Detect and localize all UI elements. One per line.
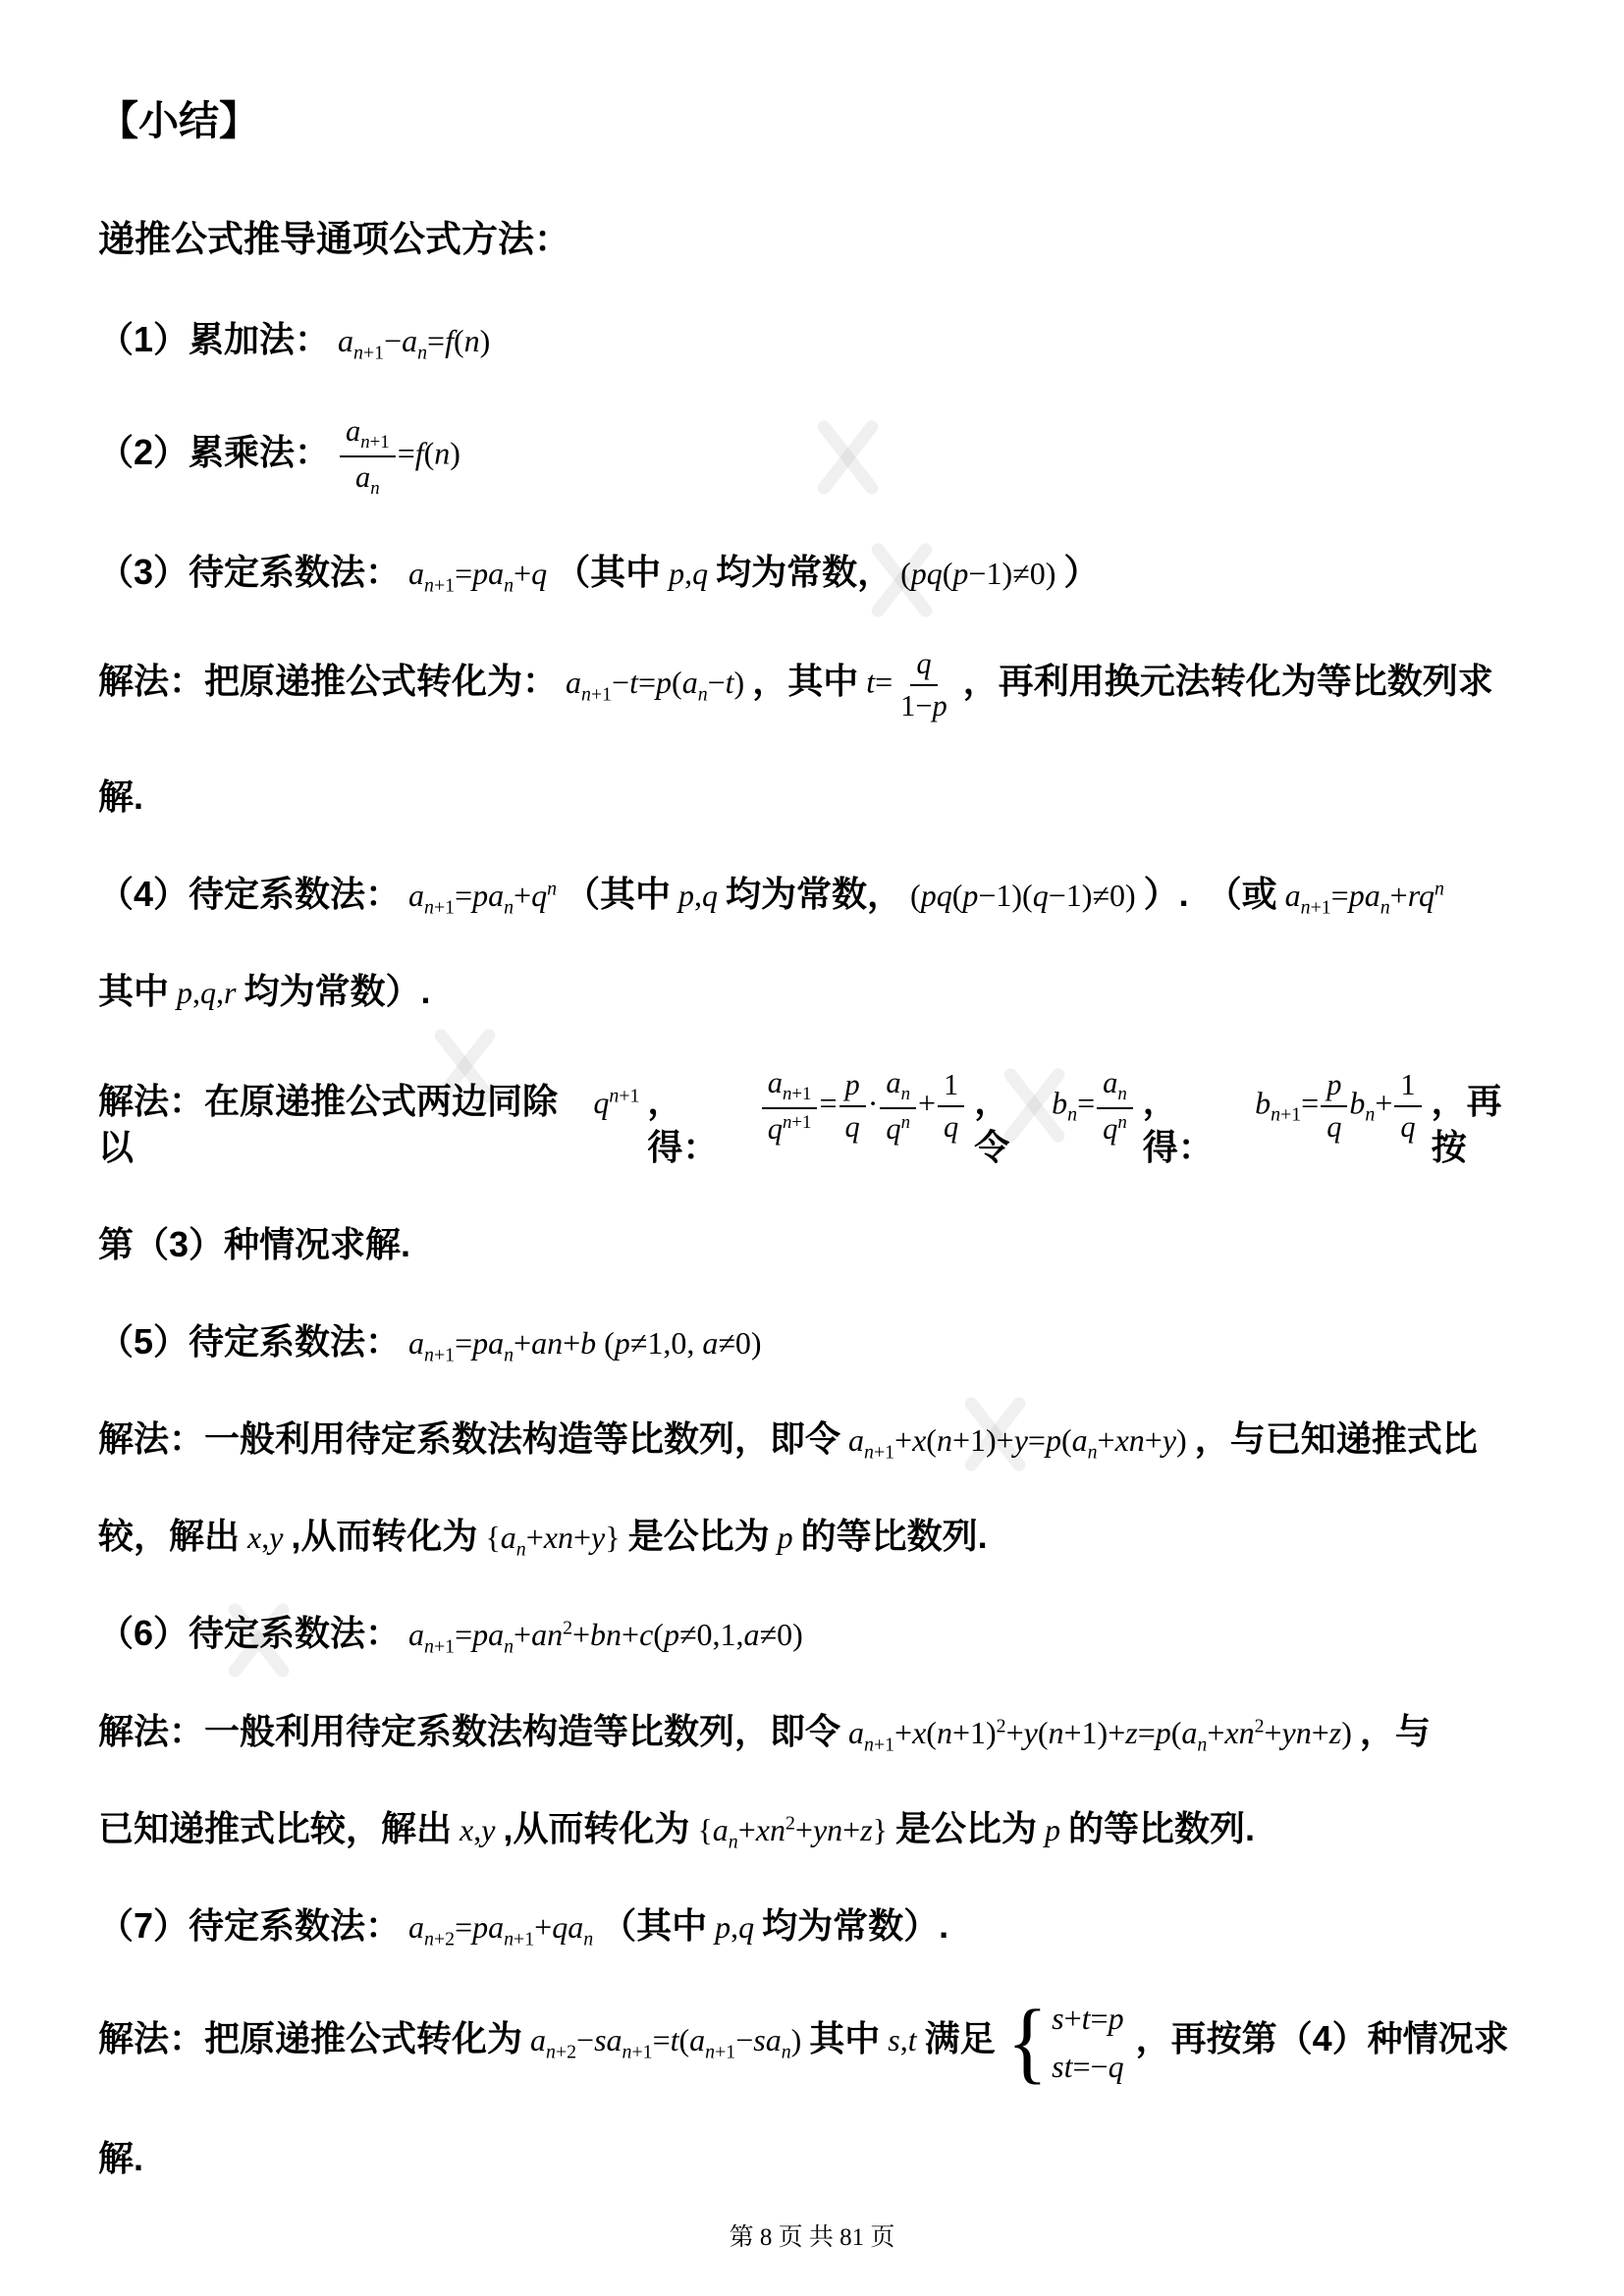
text-run: ，得： <box>647 1079 751 1171</box>
text-run: （其中 <box>601 1903 707 1949</box>
text-run: （3）待定系数法： <box>98 550 401 596</box>
math-formula: bn=anqn <box>1044 1066 1143 1147</box>
text-run: （2）累乘法： <box>98 430 330 476</box>
math-formula: an+1=pan+q <box>401 556 555 596</box>
text-run: ,从而转化为 <box>503 1806 689 1852</box>
method-3-undetermined-coefficients: （3）待定系数法：an+1=pan+q（其中p,q均为常数，(pq(p−1)≠0… <box>98 550 1536 596</box>
text-run: 均为常数， <box>726 872 902 918</box>
text-run: 均为常数， <box>716 550 893 596</box>
method-5-undetermined-coefficients: （5）待定系数法：an+1=pan+an+b (p≠1,0, a≠0) <box>98 1319 1536 1365</box>
left-brace-icon: { <box>1007 2002 1048 2084</box>
math-formula: x,y <box>452 1812 503 1848</box>
text-run: （1）累加法： <box>98 317 330 363</box>
text-run: ，其中 <box>752 659 858 705</box>
section-title: 【小结】 <box>98 88 1536 146</box>
method-6-undetermined-coefficients: （6）待定系数法：an+1=pan+an2+bn+c(p≠0,1,a≠0) <box>98 1611 1536 1657</box>
text-run: 第（3）种情况求解. <box>98 1222 410 1268</box>
text-run: ，再按 <box>1432 1079 1536 1171</box>
text-run: （6）待定系数法： <box>98 1611 401 1657</box>
method-5-solution: 解法：一般利用待定系数法构造等比数列，即令an+1+x(n+1)+y=p(an+… <box>98 1416 1536 1463</box>
text-run: ，再按第（4）种情况求 <box>1136 2016 1509 2062</box>
math-formula: an+1−an=f(n) <box>330 323 498 363</box>
math-formula: t=q1−p <box>858 647 962 723</box>
text-run: 解法：把原递推公式转化为： <box>98 659 558 705</box>
text-run: 的等比数列. <box>1068 1806 1255 1852</box>
math-formula: an+1−t=p(an−t) <box>558 665 752 705</box>
document-content: 【小结】 递推公式推导通项公式方法： （1）累加法：an+1−an=f(n)（2… <box>98 88 1536 2233</box>
text-run: 解. <box>98 2136 143 2182</box>
math-formula: (pq(p−1)≠0) <box>893 556 1063 592</box>
fraction: 1q <box>938 1068 964 1145</box>
math-formula: an+1qn+1=pq·anqn+1q <box>752 1066 974 1147</box>
math-formula: p,q <box>671 878 726 914</box>
method-4-solution: 解法：在原递推公式两边同除以qn+1，得：an+1qn+1=pq·anqn+1q… <box>98 1066 1536 1171</box>
math-formula: an+1an=f(n) <box>330 414 468 499</box>
method-7-solution: 解法：把原递推公式转化为an+2−san+1=t(an+1−san)其中s,t满… <box>98 2001 1536 2085</box>
fraction: q1−p <box>894 647 953 723</box>
math-formula: an+1+x(n+1)2+y(n+1)+z=p(an+xn2+yn+z) <box>840 1715 1360 1755</box>
method-6-solution: 解法：一般利用待定系数法构造等比数列，即令an+1+x(n+1)2+y(n+1)… <box>98 1709 1536 1755</box>
page-footer: 第 8 页 共 81 页 <box>0 2217 1624 2253</box>
text-run: 解法：一般利用待定系数法构造等比数列，即令 <box>98 1416 840 1463</box>
text-run: 满足 <box>925 2016 996 2062</box>
text-run: （其中 <box>555 550 661 596</box>
text-run: ，令 <box>974 1079 1044 1171</box>
text-run: （其中 <box>565 872 671 918</box>
math-formula: {an+xn2+yn+z} <box>689 1812 895 1852</box>
text-run: 均为常数）. <box>244 969 430 1015</box>
math-formula: an+1=pan+an2+bn+c(p≠0,1,a≠0) <box>401 1617 811 1657</box>
fraction: an+1an <box>340 414 396 499</box>
math-formula: an+1=pan+rqn <box>1277 878 1452 918</box>
text-run: ，与已知递推式比 <box>1195 1416 1478 1463</box>
math-formula: p,q <box>661 556 716 592</box>
content-lines: （1）累加法：an+1−an=f(n)（2）累乘法：an+1an=f(n)（3）… <box>98 317 1536 2182</box>
math-formula: s,t <box>880 2022 924 2058</box>
math-formula: p,q,r <box>169 975 244 1011</box>
math-formula: (pq(p−1)(q−1)≠0) <box>902 878 1144 914</box>
math-formula: an+2−san+1=t(an+1−san) <box>522 2022 809 2062</box>
math-formula: {an+xn+y} <box>477 1520 627 1560</box>
text-run: 均为常数）. <box>762 1903 948 1949</box>
fraction: pq <box>839 1068 866 1145</box>
fraction: anqn <box>1097 1066 1133 1147</box>
equation-system: {s+t=pst=−q <box>1007 2001 1124 2085</box>
document-page: 【小结】 递推公式推导通项公式方法： （1）累加法：an+1−an=f(n)（2… <box>0 0 1624 2296</box>
text-run: 较，解出 <box>98 1514 240 1560</box>
text-run: （5）待定系数法： <box>98 1319 401 1365</box>
text-run: 其中 <box>809 2016 880 2062</box>
text-run: ）. （或 <box>1144 872 1277 918</box>
method-7-undetermined-coefficients: （7）待定系数法：an+2=pan+1+qan（其中p,q均为常数）. <box>98 1903 1536 1949</box>
text-run: 的等比数列. <box>801 1514 988 1560</box>
method-3-solution: 解法：把原递推公式转化为：an+1−t=p(an−t)，其中t=q1−p，再利用… <box>98 647 1536 723</box>
math-formula: bn+1=pqbn+1q <box>1247 1068 1431 1145</box>
text-run: 是公比为 <box>628 1514 770 1560</box>
math-formula: p,q <box>707 1909 762 1946</box>
math-formula: qn+1 <box>585 1085 647 1121</box>
intro-line: 递推公式推导通项公式方法： <box>98 209 1536 262</box>
math-formula: an+1=pan+qn <box>401 878 565 918</box>
fraction: pq <box>1321 1068 1347 1145</box>
math-formula: p <box>1037 1812 1068 1848</box>
text-run: ，再利用换元法转化为等比数列求 <box>963 659 1493 705</box>
method-4-undetermined-coefficients: （4）待定系数法：an+1=pan+qn（其中p,q均为常数，(pq(p−1)(… <box>98 872 1536 918</box>
text-run: 解法：把原递推公式转化为 <box>98 2016 522 2062</box>
text-run: （4）待定系数法： <box>98 872 401 918</box>
method-6-solution-cont: 已知递推式比较，解出x,y,从而转化为{an+xn2+yn+z}是公比为p的等比… <box>98 1806 1536 1852</box>
text-run: ，与 <box>1360 1709 1431 1755</box>
method-5-solution-cont: 较，解出x,y,从而转化为{an+xn+y}是公比为p的等比数列. <box>98 1514 1536 1560</box>
math-formula: an+2=pan+1+qan <box>401 1909 601 1949</box>
text-run: ） <box>1063 550 1099 596</box>
text-run: 其中 <box>98 969 169 1015</box>
text-run: 已知递推式比较，解出 <box>98 1806 452 1852</box>
math-formula: an+1+x(n+1)+y=p(an+xn+y) <box>840 1422 1195 1463</box>
method-1-accumulate-add: （1）累加法：an+1−an=f(n) <box>98 317 1536 363</box>
method-2-accumulate-multiply: （2）累乘法：an+1an=f(n) <box>98 414 1536 499</box>
text-run: ，得： <box>1143 1079 1247 1171</box>
text-run: ,从而转化为 <box>291 1514 477 1560</box>
text-run: 解法：一般利用待定系数法构造等比数列，即令 <box>98 1709 840 1755</box>
method-4-cont: 其中p,q,r均为常数）. <box>98 969 1536 1015</box>
text-run: 解. <box>98 774 143 821</box>
text-run: 是公比为 <box>895 1806 1037 1852</box>
method-3-solution-cont: 解. <box>98 774 1536 821</box>
fraction: 1q <box>1394 1068 1421 1145</box>
method-7-solution-cont: 解. <box>98 2136 1536 2182</box>
fraction: anqn <box>880 1066 916 1147</box>
text-run: 解法：在原递推公式两边同除以 <box>98 1079 585 1171</box>
math-formula: {s+t=pst=−q <box>996 2001 1136 2085</box>
fraction: an+1qn+1 <box>762 1066 818 1147</box>
text-run: （7）待定系数法： <box>98 1903 401 1949</box>
method-4-solution-cont: 第（3）种情况求解. <box>98 1222 1536 1268</box>
math-formula: p <box>770 1520 801 1556</box>
math-formula: an+1=pan+an+b (p≠1,0, a≠0) <box>401 1325 770 1365</box>
math-formula: x,y <box>240 1520 291 1556</box>
